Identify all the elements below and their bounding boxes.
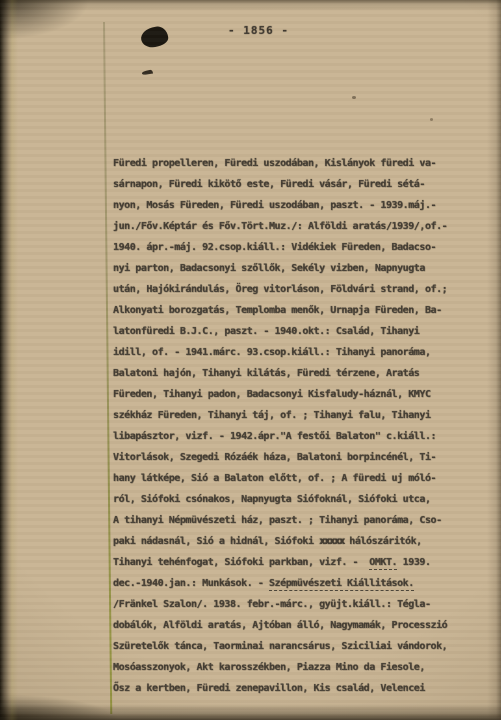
text-line: sárnapon, Füredi kikötő este, Füredi vás…	[113, 174, 458, 195]
text-line: Ősz a kertben, Füredi zenepavillon, Kis …	[113, 678, 458, 699]
text-line: latonfüredi B.J.C., paszt. - 1940.okt.: …	[113, 321, 458, 342]
text-line: jun./Főv.Képtár és Főv.Tört.Muz./: Alföl…	[113, 216, 458, 237]
text-line: hany látképe, Sió a Balaton előtt, of. ;…	[113, 468, 458, 489]
text-line: Vitorlások, Szegedi Rózáék háza, Balaton…	[113, 447, 458, 468]
text-line: libapásztor, vizf. - 1942.ápr."A festői …	[113, 426, 458, 447]
text-line: idill, of. - 1941.márc. 93.csop.kiáll.: …	[113, 342, 458, 363]
scan-edge-shadow	[0, 0, 90, 40]
text-line: dobálók, Alföldi aratás, Ajtóban álló, N…	[113, 615, 458, 636]
text-line: A tihanyi Népmüvészeti ház, paszt. ; Tih…	[113, 510, 458, 531]
typewritten-text: Füredi propelleren, Füredi uszodában, Ki…	[113, 153, 458, 699]
paper-sheet: - 1856 - Füredi propelleren, Füredi uszo…	[0, 0, 501, 720]
text-line: székház Füreden, Tihanyi táj, of. ; Tiha…	[113, 405, 458, 426]
text-line: ról, Siófoki csónakos, Napnyugta Siófokn…	[113, 489, 458, 510]
paper-speck	[352, 96, 356, 99]
text-line: Füreden, Tihanyi padon, Badacsonyi Kisfa…	[113, 384, 458, 405]
text-line: Mosóasszonyok, Akt karosszékben, Piazza …	[113, 657, 458, 678]
text-line: Alkonyati borozgatás, Templomba menők, U…	[113, 300, 458, 321]
text-line: /Fränkel Szalon/. 1938. febr.-márc., gyü…	[113, 594, 458, 615]
text-line: paki nádasnál, Sió a hidnál, Siófoki xxx…	[113, 531, 458, 552]
text-line: Balatoni hajón, Tihanyi kilátás, Füredi …	[113, 363, 458, 384]
text-line: 1940. ápr.-máj. 92.csop.kiáll.: Vidékiek…	[113, 237, 458, 258]
text-line: után, Hajókirándulás, Öreg vitorláson, F…	[113, 279, 458, 300]
text-line: dec.-1940.jan.: Munkások. - Szépmüvészet…	[113, 573, 458, 594]
text-line: nyon, Mosás Füreden, Füredi uszodában, p…	[113, 195, 458, 216]
text-line: nyi parton, Badacsonyi szőllők, Sekély v…	[113, 258, 458, 279]
scan-edge-shadow	[0, 694, 120, 720]
paper-fold-line	[103, 22, 113, 714]
text-line: Füredi propelleren, Füredi uszodában, Ki…	[113, 153, 458, 174]
text-line: Tihanyi tehénfogat, Siófoki parkban, viz…	[113, 552, 458, 573]
text-line: Szüretelők tánca, Taorminai narancsárus,…	[113, 636, 458, 657]
scanned-page: - 1856 - Füredi propelleren, Füredi uszo…	[0, 0, 501, 720]
paper-speck	[430, 118, 433, 121]
